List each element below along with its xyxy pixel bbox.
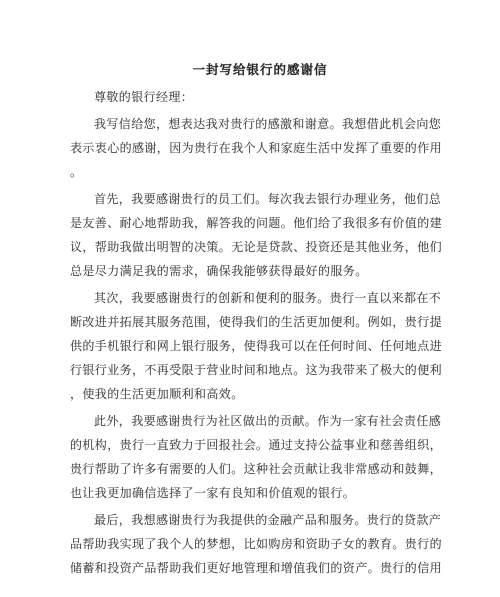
text-line: 最后，我想感谢贵行为我提供的金融产品和服务。贵行的贷款产 [70, 508, 430, 532]
text-line: 品帮助我实现了我个人的梦想，比如购房和资助子女的教育。贵行的 [70, 532, 430, 556]
letter-body: 尊敬的银行经理： 我写信给您，想表达我对贵行的感激和谢意。我想借此机会向您 表示… [70, 85, 430, 580]
text-line: 我写信给您，想表达我对贵行的感激和谢意。我想借此机会向您 [70, 112, 430, 136]
text-line: 也让我更加确信选择了一家有良知和价值观的银行。 [70, 481, 430, 505]
paragraph-intro: 我写信给您，想表达我对贵行的感激和谢意。我想借此机会向您 表示衷心的感谢，因为贵… [70, 112, 430, 184]
text-line: 供的手机银行和网上银行服务，使得我可以在任何时间、任何地点进 [70, 334, 430, 358]
paragraph-services: 其次，我要感谢贵行的创新和便利的服务。贵行一直以来都在不 断改进并拓展其服务范围… [70, 286, 430, 406]
text-line: 行银行业务，不再受限于营业时间和地点。这为我带来了极大的便利 [70, 358, 430, 382]
salutation: 尊敬的银行经理： [70, 85, 430, 109]
paragraph-community: 此外，我要感谢贵行为社区做出的贡献。作为一家有社会责任感 的机构，贵行一直致力于… [70, 409, 430, 505]
text-line: 贵行帮助了许多有需要的人们。这种社会贡献让我非常感动和鼓舞， [70, 457, 430, 481]
paragraph-products: 最后，我想感谢贵行为我提供的金融产品和服务。贵行的贷款产 品帮助我实现了我个人的… [70, 508, 430, 580]
text-line: 是友善、耐心地帮助我，解答我的问题。他们给了我很多有价值的建 [70, 211, 430, 235]
text-line: 。 [70, 160, 430, 184]
text-line: 此外，我要感谢贵行为社区做出的贡献。作为一家有社会责任感 [70, 409, 430, 433]
text-line: 其次，我要感谢贵行的创新和便利的服务。贵行一直以来都在不 [70, 286, 430, 310]
text-line: 表示衷心的感谢，因为贵行在我个人和家庭生活中发挥了重要的作用 [70, 136, 430, 160]
text-line: 断改进并拓展其服务范围，使得我们的生活更加便利。例如，贵行提 [70, 310, 430, 334]
text-line: 储蓄和投资产品帮助我们更好地管理和增值我们的资产。贵行的信用 [70, 556, 430, 580]
paragraph-staff: 首先，我要感谢贵行的员工们。每次我去银行办理业务，他们总 是友善、耐心地帮助我，… [70, 187, 430, 283]
letter-page: 一封写给银行的感谢信 尊敬的银行经理： 我写信给您，想表达我对贵行的感激和谢意。… [0, 0, 500, 597]
text-line: 总是尽力满足我的需求，确保我能够获得最好的服务。 [70, 259, 430, 283]
text-line: 首先，我要感谢贵行的员工们。每次我去银行办理业务，他们总 [70, 187, 430, 211]
text-line: ，使我的生活更加顺利和高效。 [70, 382, 430, 406]
salutation-line: 尊敬的银行经理： [70, 85, 430, 109]
text-line: 议，帮助我做出明智的决策。无论是贷款、投资还是其他业务，他们 [70, 235, 430, 259]
document-title: 一封写给银行的感谢信 [10, 62, 500, 78]
text-line: 的机构，贵行一直致力于回报社会。通过支持公益事业和慈善组织， [70, 433, 430, 457]
